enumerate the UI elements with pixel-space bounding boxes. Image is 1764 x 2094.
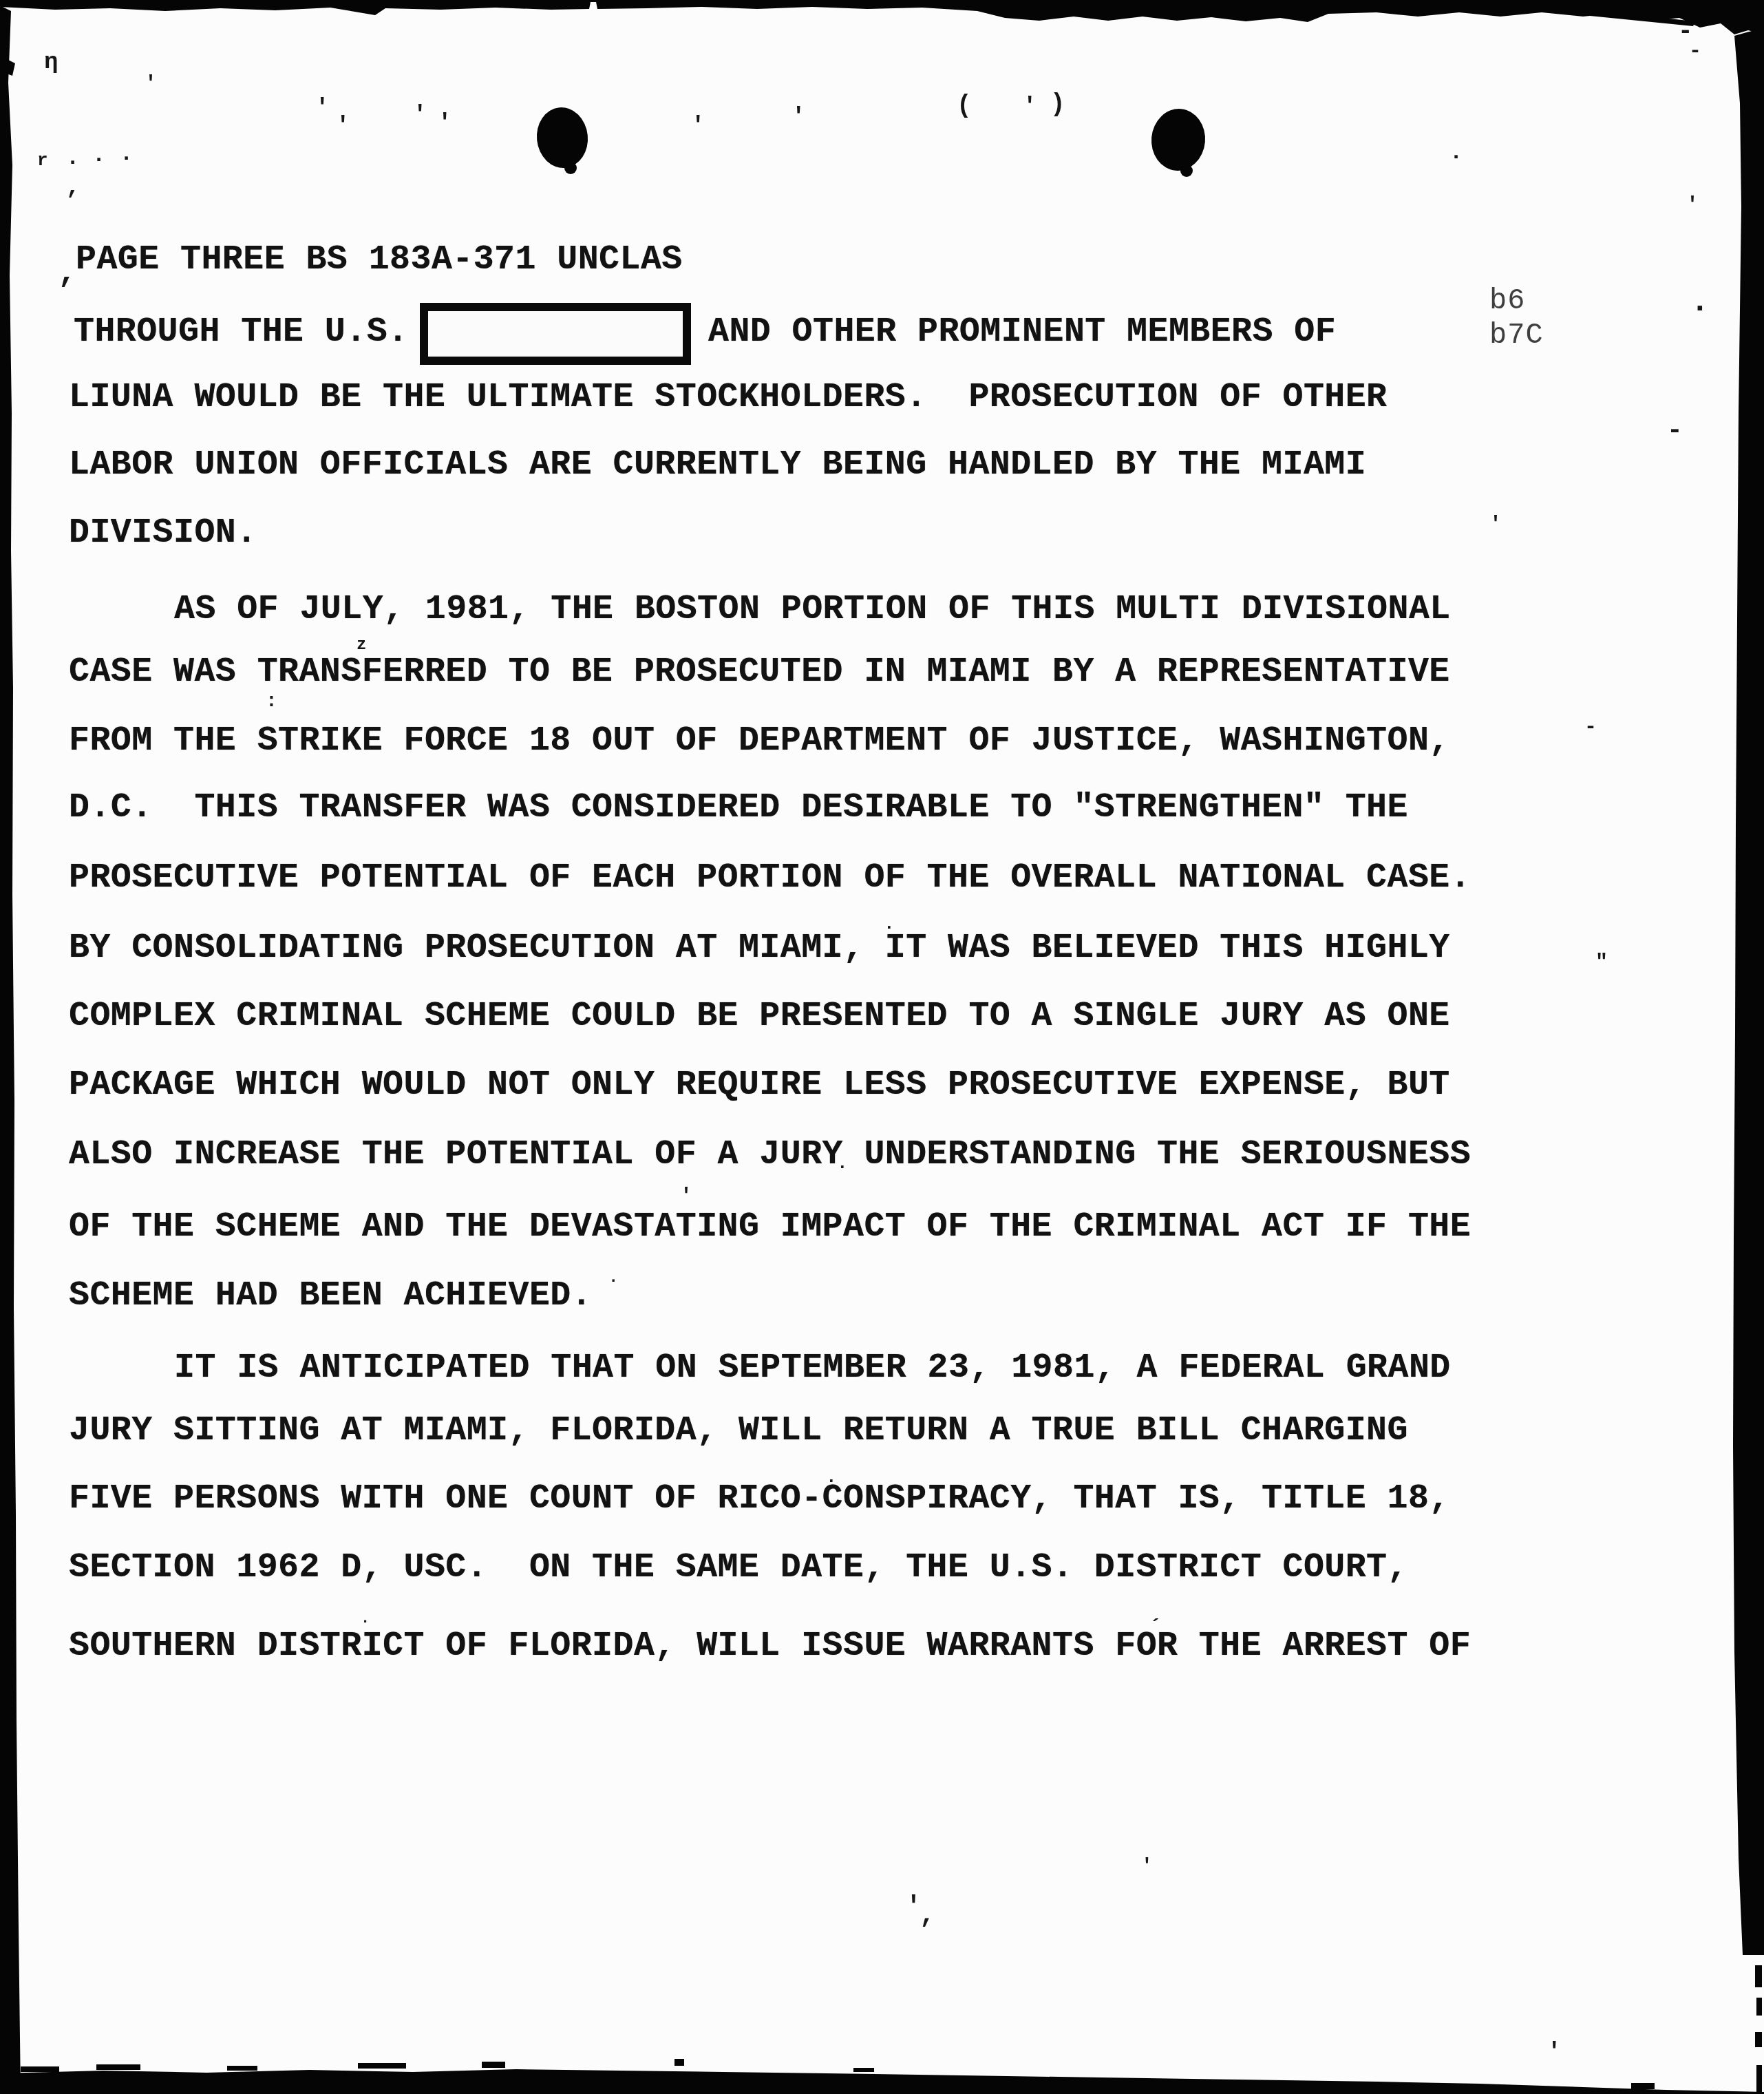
scan-edge-right-dash (1756, 1998, 1762, 2016)
scan-noise-mark: ' (1686, 195, 1699, 216)
typewritten-line: FIVE PERSONS WITH ONE COUNT OF RICO-CONS… (69, 1482, 1450, 1516)
scan-noise-mark: η (44, 51, 58, 74)
scan-noise-mark: r (37, 151, 48, 169)
scan-noise-mark: · (884, 918, 895, 936)
scan-tooth (1631, 2083, 1655, 2089)
scan-noise-mark: - (1689, 41, 1701, 62)
redaction-box (420, 303, 691, 365)
scan-tooth (227, 2066, 257, 2071)
scan-edge-left (0, 6, 21, 2094)
scan-noise-mark: ( (957, 94, 972, 118)
scan-tooth (674, 2059, 684, 2066)
scan-edge-left-curl (1, 56, 15, 76)
typewritten-line: IT IS ANTICIPATED THAT ON SEPTEMBER 23, … (174, 1351, 1451, 1386)
scan-noise-mark: · (608, 1273, 618, 1290)
typewritten-line: LABOR UNION OFFICIALS ARE CURRENTLY BEIN… (69, 448, 1366, 483)
typewritten-line: THROUGH THE U.S. (74, 315, 408, 350)
scan-noise-mark: · (1449, 146, 1463, 168)
scan-noise-mark: ' (438, 112, 451, 135)
scan-edge-right-dash (1755, 1965, 1762, 1987)
typewritten-line: FROM THE STRIKE FORCE 18 OUT OF DEPARTME… (69, 724, 1450, 759)
scan-noise-mark: ´ (1149, 1618, 1162, 1638)
scan-noise-mark: ' (691, 114, 705, 138)
scan-edge-top (0, 0, 1764, 34)
scan-tooth (96, 2064, 140, 2070)
scan-noise-mark: z (357, 637, 366, 654)
hole-punch-mark (1149, 107, 1208, 173)
typewritten-line: SECTION 1962 D, USC. ON THE SAME DATE, T… (69, 1551, 1408, 1585)
scanned-document-page: PAGE THREE BS 183A-371 UNCLASTHROUGH THE… (0, 0, 1764, 2094)
scan-tooth (482, 2062, 505, 2068)
scan-noise-mark: · (66, 151, 79, 173)
scan-tooth (853, 2068, 874, 2072)
scan-edge-right-dash (1755, 2032, 1762, 2047)
scan-noise-mark: ' (315, 96, 329, 120)
scan-noise-mark: ' (1141, 1857, 1153, 1876)
typewritten-line: BY CONSOLIDATING PROSECUTION AT MIAMI, I… (69, 931, 1450, 966)
scan-noise-mark: · (837, 1158, 848, 1176)
typewritten-line: DIVISION. (69, 516, 257, 551)
scan-noise-mark: ' (336, 114, 350, 138)
typewritten-line: SOUTHERN DISTRICT OF FLORIDA, WILL ISSUE… (69, 1629, 1471, 1664)
scan-noise-mark: ' (680, 1187, 692, 1207)
hole-punch-tail (1180, 165, 1193, 177)
foia-exemption-code: b6 (1489, 286, 1525, 315)
typewritten-line: SCHEME HAD BEEN ACHIEVED. (69, 1279, 592, 1313)
scan-noise-mark: . (1690, 286, 1710, 318)
typewritten-line: PACKAGE WHICH WOULD NOT ONLY REQUIRE LES… (69, 1068, 1450, 1103)
scan-noise-mark: ' (791, 105, 805, 129)
scan-noise-mark: , (920, 1903, 935, 1929)
scan-noise-mark: · (826, 1472, 837, 1490)
typewritten-line: ALSO INCREASE THE POTENTIAL OF A JURY UN… (69, 1138, 1471, 1172)
scan-noise-mark: " (1595, 953, 1608, 973)
scan-noise-mark: : (266, 692, 277, 712)
scan-noise-mark: , (66, 176, 80, 200)
scan-noise-mark: ' (1023, 95, 1037, 118)
scan-noise-mark: · (361, 1615, 370, 1630)
typewritten-line: LIUNA WOULD BE THE ULTIMATE STOCKHOLDERS… (69, 381, 1388, 415)
hole-punch-tail (564, 162, 577, 174)
scan-noise-mark: ' (145, 74, 157, 95)
scan-noise-mark: · (92, 149, 105, 171)
scan-edge-bottom (0, 2069, 1764, 2094)
scan-tooth (21, 2066, 59, 2072)
foia-exemption-code: b7C (1489, 321, 1544, 350)
typewritten-line: PAGE THREE BS 183A-371 UNCLAS (76, 243, 683, 277)
typewritten-line: D.C. THIS TRANSFER WAS CONSIDERED DESIRA… (69, 791, 1408, 825)
typewritten-line: JURY SITTING AT MIAMI, FLORIDA, WILL RET… (69, 1414, 1408, 1448)
scan-noise-mark: ' (1489, 515, 1502, 536)
typewritten-line: AS OF JULY, 1981, THE BOSTON PORTION OF … (174, 593, 1451, 627)
scan-noise-mark: · (120, 147, 133, 169)
scan-noise-mark: , (58, 257, 77, 289)
scan-noise-mark: - (1667, 419, 1683, 445)
typewritten-line: OF THE SCHEME AND THE DEVASTATING IMPACT… (69, 1210, 1471, 1245)
scan-noise-mark: ) (1050, 92, 1065, 117)
hole-punch-mark (534, 105, 591, 170)
scan-edge-right-dash (1756, 2065, 1762, 2094)
scan-noise-mark: ' (413, 103, 427, 127)
typewritten-line: CASE WAS TRANSFERRED TO BE PROSECUTED IN… (69, 655, 1450, 690)
typewritten-line: AND OTHER PROMINENT MEMBERS OF (708, 315, 1336, 350)
scan-tooth (358, 2063, 406, 2069)
scan-edge-right (1733, 28, 1764, 1955)
typewritten-line: COMPLEX CRIMINAL SCHEME COULD BE PRESENT… (69, 1000, 1450, 1034)
hole-punch-marks (534, 105, 1208, 177)
typewritten-line: PROSECUTIVE POTENTIAL OF EACH PORTION OF… (69, 861, 1471, 896)
scan-noise-mark: ' (1547, 2040, 1561, 2064)
scan-noise-mark: - (1584, 717, 1597, 738)
